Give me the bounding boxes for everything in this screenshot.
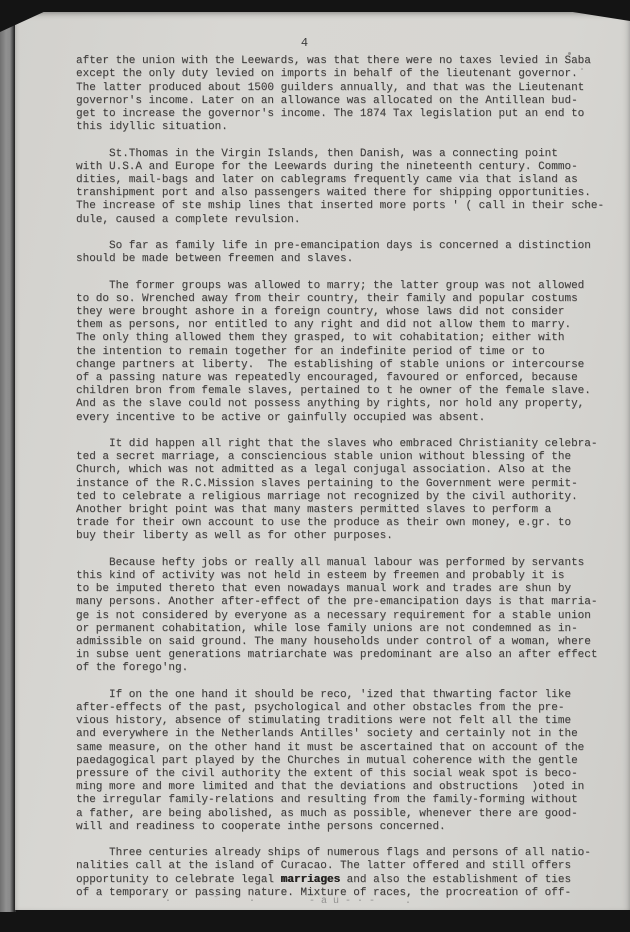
paragraph-three-centuries-curacao: Three centuries already ships of numerou… bbox=[76, 847, 605, 900]
paragraph-manual-labour: Because hefty jobs or really all manual … bbox=[76, 557, 605, 676]
page-number: 4 bbox=[40, 37, 569, 50]
book-gutter-edge bbox=[0, 10, 16, 912]
paragraph-st-thomas: St.Thomas in the Virgin Islands, then Da… bbox=[76, 148, 605, 227]
paragraph-churches-civil-authority: If on the one hand it should be reco, 'i… bbox=[76, 689, 605, 834]
ghost-bleedthrough-text: · ˘ · -au-·- . bbox=[165, 896, 417, 907]
paragraph-freemen-slaves-marriage: The former groups was allowed to marry; … bbox=[76, 280, 605, 425]
scanned-document-page: 4 after the union with the Leewards, was… bbox=[15, 12, 630, 910]
paragraph-family-life-distinction: So far as family life in pre-emancipatio… bbox=[76, 240, 605, 266]
paper-speck bbox=[581, 68, 583, 70]
paragraph-secret-marriage: It did happen all right that the slaves … bbox=[76, 438, 605, 544]
paper-speck bbox=[568, 52, 571, 55]
paragraph-taxes-saba: after the union with the Leewards, was t… bbox=[76, 55, 605, 134]
